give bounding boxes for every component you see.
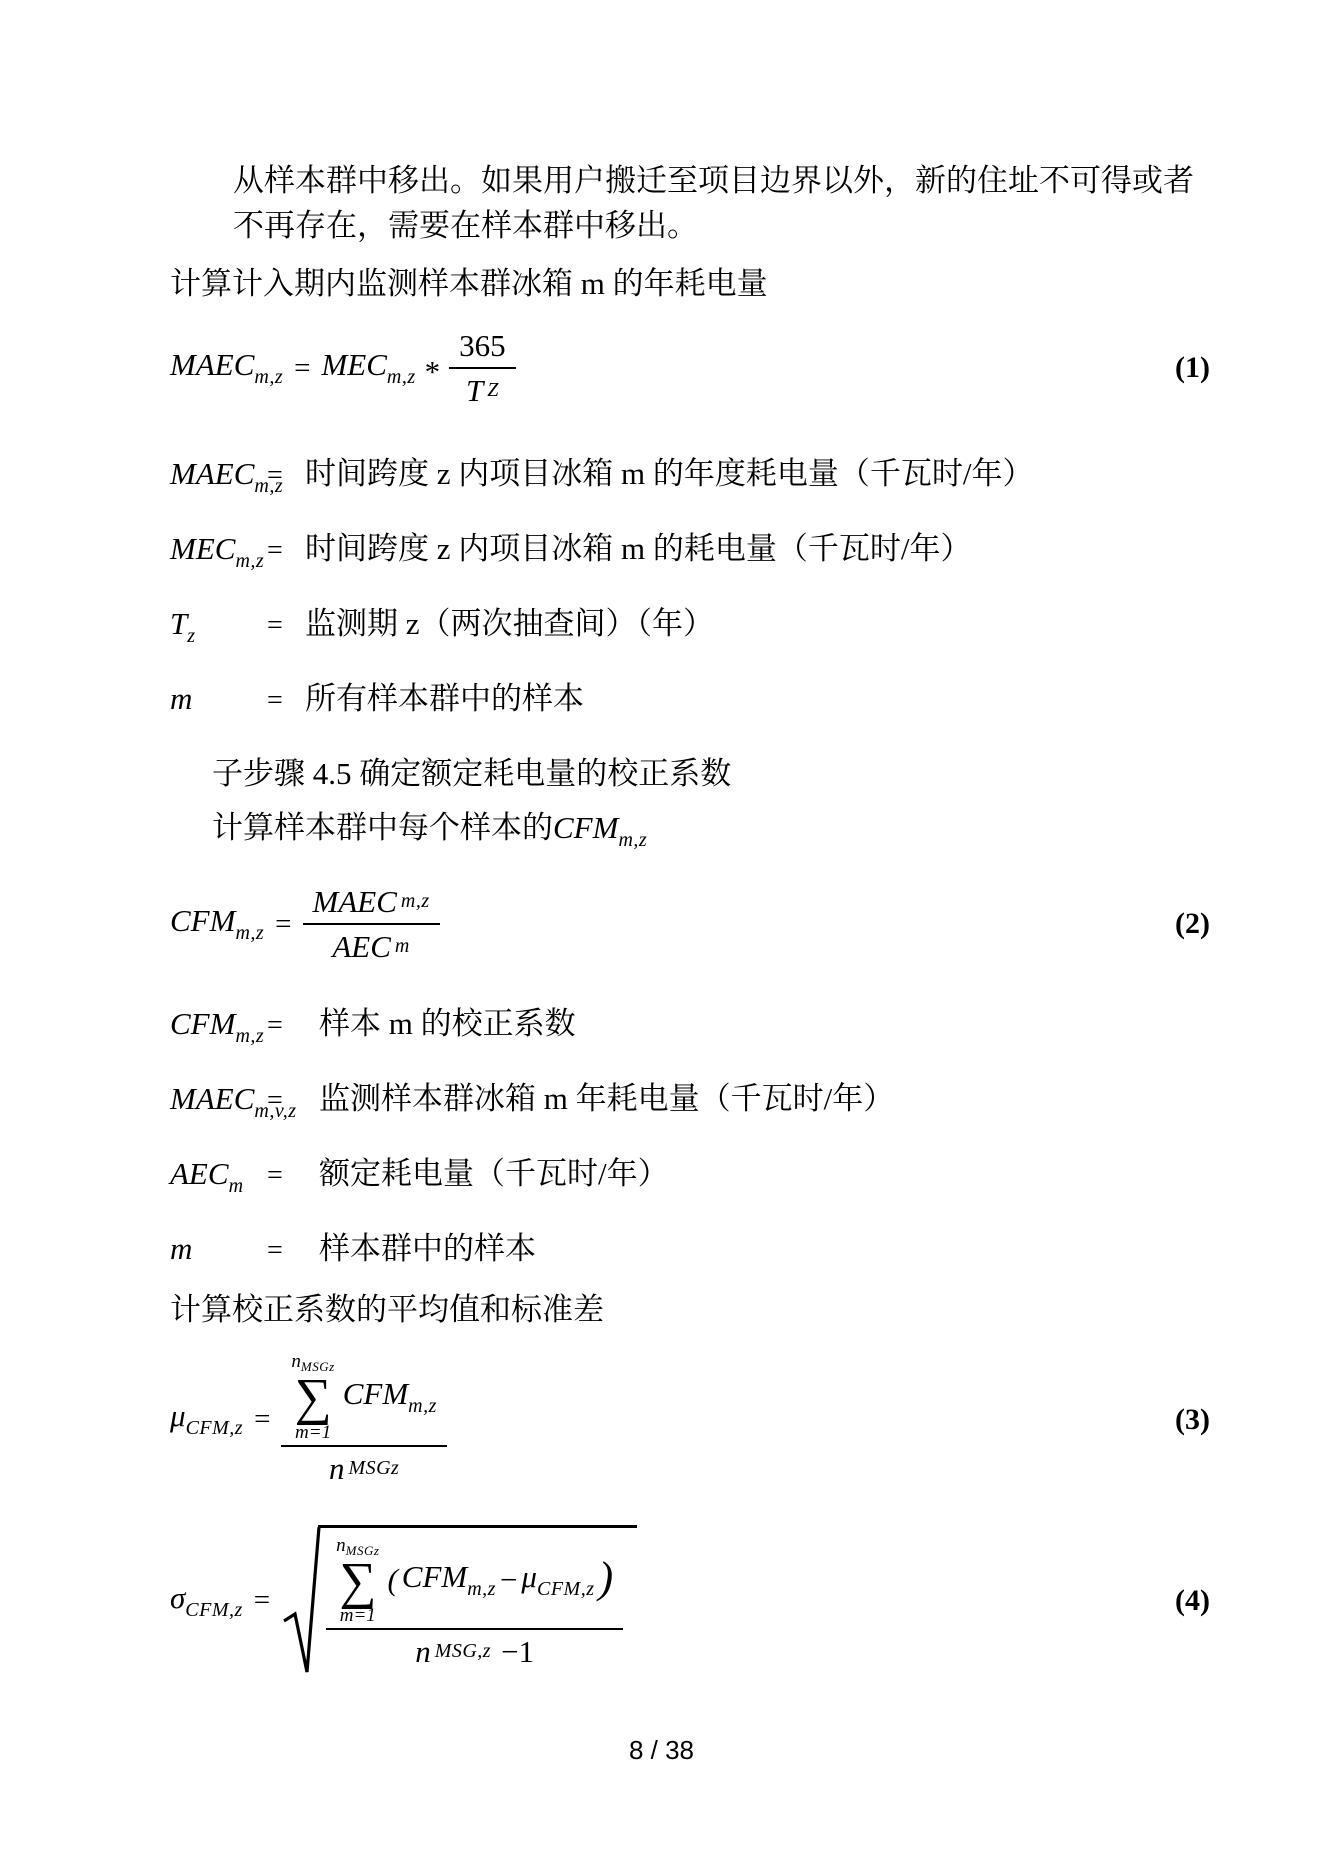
definition-symbol: MAECm,z: [170, 456, 267, 498]
f4-term1: CFMm,z: [402, 1559, 496, 1601]
f4-radicand: nMSGz ∑ m=1 ( CFMm,z − μCFM,z ) nMSG,z−1: [318, 1525, 637, 1670]
definition-description: 额定耗电量（千瓦时/年）: [319, 1148, 669, 1193]
f3-fraction: nMSGz ∑ m=1 CFMm,z nMSGz: [281, 1352, 446, 1486]
formula-1-row: MAECm,z = MECm,z * 365 TZ (1): [170, 322, 1210, 414]
f3-term: CFMm,z: [343, 1376, 437, 1418]
f4-lhs: σCFM,z: [170, 1580, 243, 1622]
definition-description: 样本群中的样本: [319, 1223, 536, 1268]
formula-2-row: CFMm,z = MAECm,z AECm (2): [170, 874, 1210, 974]
f4-sum-lower-limit: m=1: [340, 1606, 376, 1625]
definition-row: Tz = 监测期 z（两次抽查间）（年）: [170, 598, 1210, 642]
f3-sum-lower-limit: m=1: [295, 1423, 331, 1442]
definition-symbol: m: [170, 681, 267, 723]
f1-label: (1): [1175, 351, 1210, 385]
document-page: 从样本群中移出。如果用户搬迁至项目边界以外，新的住址不可得或者不再存在，需要在样…: [0, 0, 1323, 1871]
definition-equals: =: [267, 535, 293, 567]
definition-equals: =: [267, 1160, 293, 1192]
definition-equals: =: [267, 1010, 293, 1042]
definition-equals: =: [267, 685, 293, 717]
f3-numerator: nMSGz ∑ m=1 CFMm,z: [281, 1352, 446, 1446]
f3-sum: nMSGz ∑ m=1: [291, 1352, 334, 1441]
definition-row: MAECm,v,z = 监测样本群冰箱 m 年耗电量（千瓦时/年）: [170, 1073, 1210, 1117]
page-number: 8 / 38: [0, 1735, 1323, 1766]
f2-label: (2): [1175, 907, 1210, 941]
intro-paragraph: 从样本群中移出。如果用户搬迁至项目边界以外，新的住址不可得或者不再存在，需要在样…: [233, 158, 1208, 248]
definition-description: 时间跨度 z 内项目冰箱 m 的年度耗电量（千瓦时/年）: [305, 448, 1033, 493]
f2-numerator: MAECm,z: [303, 884, 440, 925]
definition-row: m = 样本群中的样本: [170, 1223, 1210, 1267]
definition-equals: =: [267, 1085, 293, 1117]
substep-heading: 子步骤 4.5 确定额定耗电量的校正系数: [212, 752, 731, 796]
definition-description: 所有样本群中的样本: [305, 673, 584, 718]
f4-label: (4): [1175, 1584, 1210, 1618]
f3-denominator: nMSGz: [329, 1447, 399, 1487]
definition-symbol: m: [170, 1231, 267, 1273]
f1-fraction: 365 TZ: [449, 328, 516, 409]
definition-description: 监测期 z（两次抽查间）（年）: [305, 598, 714, 643]
definition-symbol: AECm: [170, 1156, 267, 1198]
radical-sign: [281, 1525, 321, 1677]
f1-times-operator: *: [425, 354, 441, 390]
f1-rhs: MECm,z: [321, 347, 415, 389]
definition-list-1: MAECm,z = 时间跨度 z 内项目冰箱 m 的年度耗电量（千瓦时/年） M…: [170, 448, 1210, 748]
lead-line-mean-stddev: 计算校正系数的平均值和标准差: [170, 1288, 604, 1332]
formula-4-row: σCFM,z = nMSGz ∑ m=1 (: [170, 1518, 1210, 1683]
f1-lhs: MAECm,z: [170, 347, 283, 389]
definition-row: AECm = 额定耗电量（千瓦时/年）: [170, 1148, 1210, 1192]
definition-symbol: Tz: [170, 606, 267, 648]
f2-lhs: CFMm,z: [170, 903, 264, 945]
f4-close-paren: ): [598, 1556, 613, 1600]
f2-fraction: MAECm,z AECm: [303, 884, 440, 965]
lead-line-cfm-text: 计算样本群中每个样本的: [212, 810, 553, 845]
f1-denominator: TZ: [466, 369, 499, 409]
formula-1: MAECm,z = MECm,z * 365 TZ: [170, 328, 516, 409]
f4-denominator: nMSG,z−1: [415, 1630, 534, 1670]
f3-label: (3): [1175, 1403, 1210, 1437]
definition-description: 监测样本群冰箱 m 年耗电量（千瓦时/年）: [319, 1073, 894, 1118]
definition-symbol: MECm,z: [170, 531, 267, 573]
definition-symbol: CFMm,z: [170, 1006, 267, 1048]
sigma-symbol: ∑: [295, 1373, 332, 1422]
definition-symbol: MAECm,v,z: [170, 1081, 267, 1123]
f4-fraction: nMSGz ∑ m=1 ( CFMm,z − μCFM,z ) nMSG,z−1: [326, 1536, 623, 1670]
lead-line-cfm: 计算样本群中每个样本的CFMm,z: [212, 806, 647, 862]
definition-description: 样本 m 的校正系数: [319, 998, 576, 1043]
definition-list-2: CFMm,z = 样本 m 的校正系数 MAECm,v,z = 监测样本群冰箱 …: [170, 998, 1210, 1298]
definition-row: m = 所有样本群中的样本: [170, 673, 1210, 717]
f4-square-root: nMSGz ∑ m=1 ( CFMm,z − μCFM,z ) nMSG,z−1: [281, 1525, 637, 1677]
formula-3-row: μCFM,z = nMSGz ∑ m=1 CFMm,z nMSGz (3): [170, 1352, 1210, 1487]
definition-description: 时间跨度 z 内项目冰箱 m 的耗电量（千瓦时/年）: [305, 523, 971, 568]
definition-row: CFMm,z = 样本 m 的校正系数: [170, 998, 1210, 1042]
f4-equals: =: [252, 1584, 272, 1617]
definition-equals: =: [267, 610, 293, 642]
formula-4: σCFM,z = nMSGz ∑ m=1 (: [170, 1525, 637, 1677]
formula-3: μCFM,z = nMSGz ∑ m=1 CFMm,z nMSGz: [170, 1352, 447, 1486]
f1-numerator: 365: [449, 328, 516, 369]
f4-numerator: nMSGz ∑ m=1 ( CFMm,z − μCFM,z ): [326, 1536, 623, 1630]
cfm-variable: CFM: [553, 810, 618, 845]
f4-term2: μCFM,z: [521, 1559, 594, 1601]
f3-equals: =: [252, 1403, 272, 1436]
f4-open-paren: (: [387, 1562, 397, 1598]
sigma-symbol: ∑: [339, 1557, 376, 1606]
definition-row: MECm,z = 时间跨度 z 内项目冰箱 m 的耗电量（千瓦时/年）: [170, 523, 1210, 567]
f2-equals: =: [273, 908, 293, 941]
f3-lhs: μCFM,z: [170, 1398, 243, 1440]
definition-row: MAECm,z = 时间跨度 z 内项目冰箱 m 的年度耗电量（千瓦时/年）: [170, 448, 1210, 492]
definition-equals: =: [267, 1235, 293, 1267]
f4-sum: nMSGz ∑ m=1: [336, 1536, 379, 1625]
f2-denominator: AECm: [332, 925, 410, 965]
definition-equals: =: [267, 460, 293, 492]
formula-2: CFMm,z = MAECm,z AECm: [170, 884, 440, 965]
f1-equals: =: [292, 352, 312, 385]
f4-minus: −: [500, 1562, 517, 1598]
lead-line-annual-consumption: 计算计入期内监测样本群冰箱 m 的年耗电量: [170, 262, 768, 306]
